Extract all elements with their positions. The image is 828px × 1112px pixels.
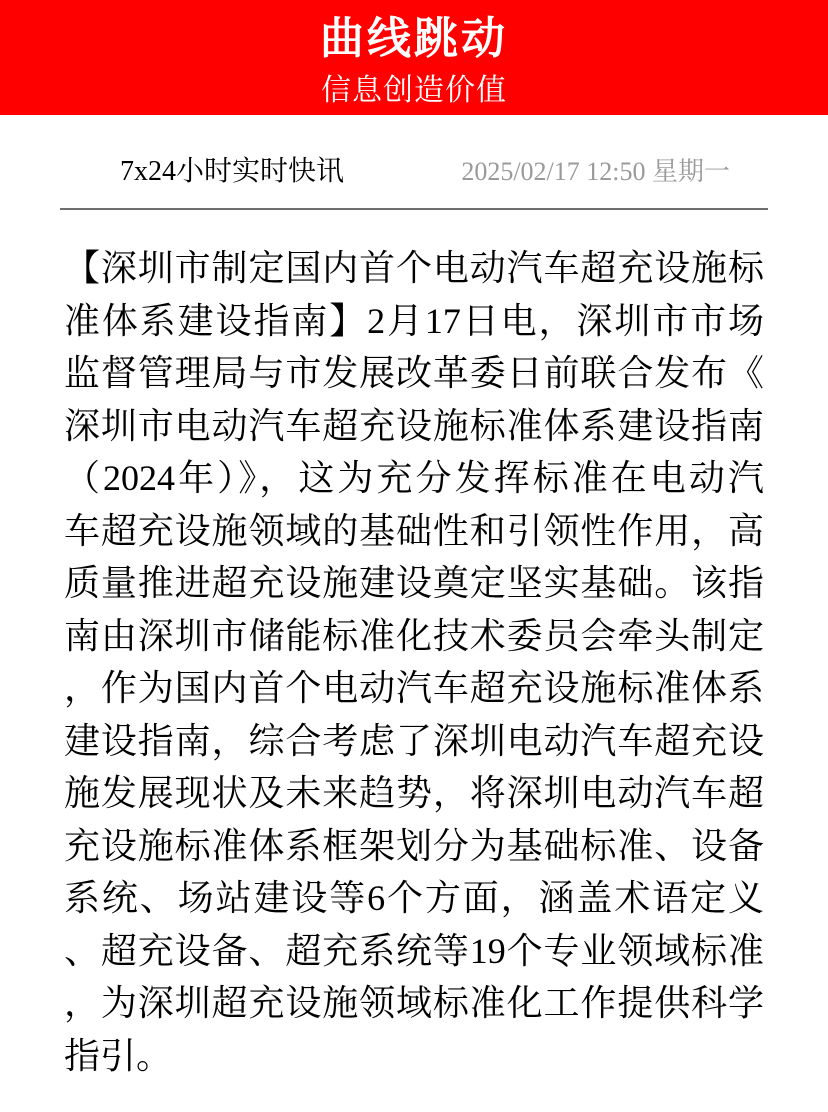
article-line: 【深圳市制定国内首个电动汽车超充设施标	[64, 242, 764, 295]
channel-label: 7x24小时实时快讯	[120, 152, 344, 192]
app-header: 曲线跳动 信息创造价值	[0, 0, 828, 115]
article-line: 施发展现状及未来趋势，将深圳电动汽车超	[64, 767, 764, 820]
header-divider	[60, 208, 768, 210]
article-line: ，为深圳超充设施领域标准化工作提供科学	[64, 977, 764, 1030]
article-line: 建设指南，综合考虑了深圳电动汽车超充设	[64, 715, 764, 768]
article-line: 质量推进超充设施建设奠定坚实基础。该指	[64, 557, 764, 610]
article-line: 深圳市电动汽车超充设施标准体系建设指南	[64, 400, 764, 453]
article-line: 充设施标准体系框架划分为基础标准、设备	[64, 820, 764, 873]
article-line: 准体系建设指南】2月17日电，深圳市市场	[64, 295, 764, 348]
article-line: （2024年）》，这为充分发挥标准在电动汽	[64, 452, 764, 505]
article-line: 车超充设施领域的基础性和引领性作用，高	[64, 505, 764, 558]
article-line: 南由深圳市储能标准化技术委员会牵头制定	[64, 610, 764, 663]
app-title: 曲线跳动	[320, 17, 508, 61]
article-body: 【深圳市制定国内首个电动汽车超充设施标 准体系建设指南】2月17日电，深圳市市场…	[64, 242, 764, 1082]
datetime-label: 2025/02/17 12:50 星期一	[461, 152, 730, 192]
article-line: 指引。	[64, 1030, 764, 1083]
app-subtitle: 信息创造价值	[321, 76, 507, 106]
article-line: ，作为国内首个电动汽车超充设施标准体系	[64, 662, 764, 715]
article-line: 监督管理局与市发展改革委日前联合发布《	[64, 347, 764, 400]
article-line: 、超充设备、超充系统等19个专业领域标准	[64, 925, 764, 978]
article-line: 系统、场站建设等6个方面，涵盖术语定义	[64, 872, 764, 925]
subheader-row: 7x24小时实时快讯 2025/02/17 12:50 星期一	[0, 152, 828, 192]
news-card: 曲线跳动 信息创造价值 7x24小时实时快讯 2025/02/17 12:50 …	[0, 0, 828, 1112]
